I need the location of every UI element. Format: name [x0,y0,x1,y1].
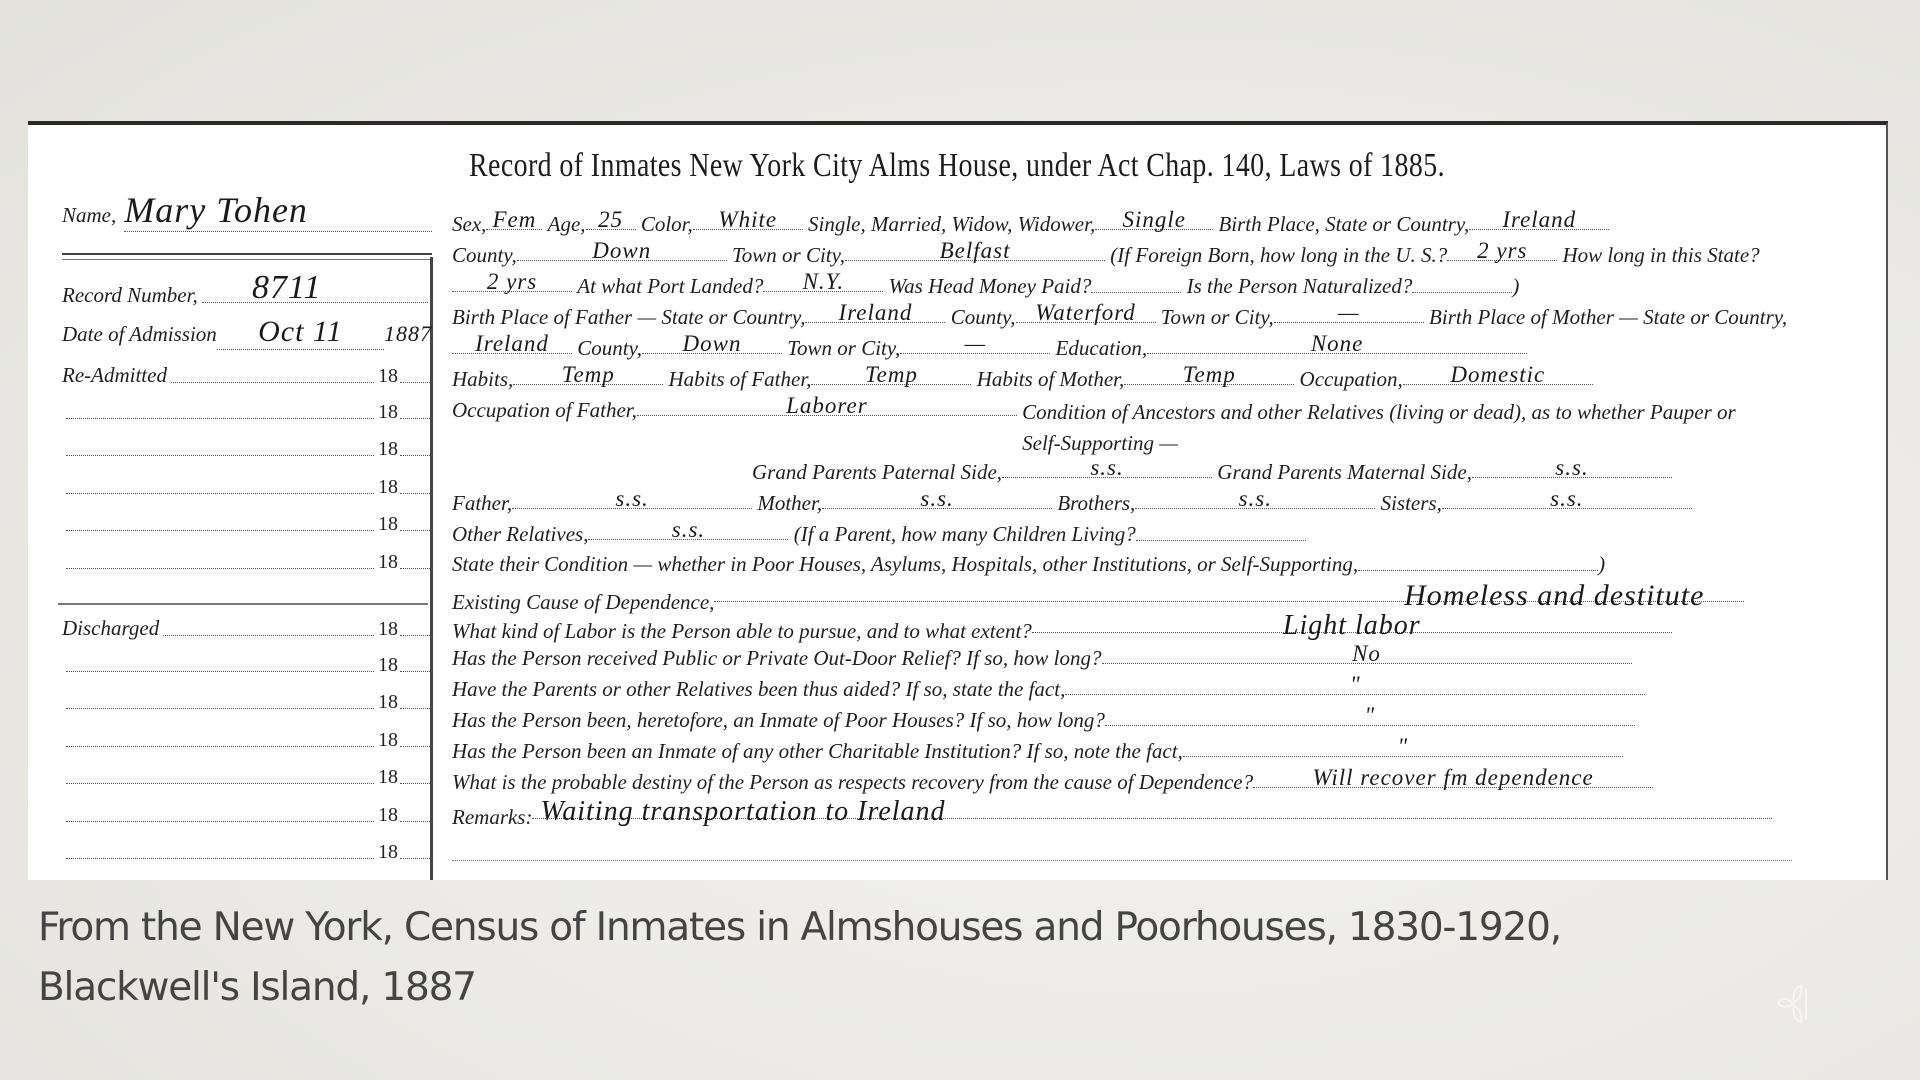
form-line-4: Birth Place of Father — State or Country… [452,304,1787,332]
year-prefix: 18 [378,766,398,789]
year-prefix: 18 [378,691,398,714]
age-value: 25 [598,207,623,233]
readmitted-label: Re-Admitted [62,363,167,388]
occupation-value: Domestic [1450,362,1545,388]
marital-value: Single [1122,207,1186,233]
name-label: Name, [62,203,116,228]
form-line-12: Existing Cause of Dependence,Homeless an… [452,583,1744,611]
form-line-18: What is the probable destiny of the Pers… [452,769,1653,797]
gp-maternal-value: s.s. [1555,455,1588,481]
mother-town-label: Town or City, [787,336,900,361]
relief-label: Has the Person received Public or Privat… [452,646,1102,671]
remarks-value: Waiting transportation to Ireland [540,796,945,828]
habits-value: Temp [562,362,615,388]
education-value: None [1311,331,1364,357]
census-record-document: Record of Inmates New York City Alms Hou… [28,121,1888,880]
color-label: Color, [641,212,693,237]
sisters-label: Sisters, [1381,491,1442,516]
mother-value: s.s. [920,486,953,512]
discharged-label: Discharged [62,616,159,641]
brothers-value: s.s. [1239,486,1272,512]
habits-mother-value: Temp [1183,362,1236,388]
color-value: White [718,207,777,233]
discharged-row: 18 [62,766,432,789]
date-admission-row: Date of Admission Oct 11 1887 [62,315,432,350]
marital-label: Single, Married, Widow, Widower, [808,212,1095,237]
gp-maternal-label: Grand Parents Maternal Side, [1217,460,1472,485]
record-number-row: Record Number, 8711 [62,283,432,308]
year-prefix: 18 [378,476,398,499]
date-admission-value: Oct 11 [217,315,384,350]
year-prefix: 18 [378,841,398,864]
mother-birth-label: Birth Place of Mother — State or Country… [1429,305,1787,330]
other-relatives-label: Other Relatives, [452,522,588,547]
leaf-logo-icon [1772,984,1814,1024]
year-prefix: 18 [378,654,398,677]
how-long-state-value: 2 yrs [487,269,537,295]
form-line-2: County,Down Town or City,Belfast (If For… [452,242,1760,270]
father-town-label: Town or City, [1161,305,1274,330]
father-value: s.s. [615,486,648,512]
cause-label: Existing Cause of Dependence, [452,590,714,615]
discharged-row: Discharged18 [62,616,432,641]
other-relatives-value: s.s. [672,517,705,543]
birthplace-value: Ireland [1502,207,1576,233]
blank-rule-1 [452,860,1792,861]
mother-town-value: — [965,331,986,357]
readmitted-row: Re-Admitted18 [62,363,432,388]
form-line-5: Ireland County,Down Town or City,— Educa… [452,335,1527,363]
town-label: Town or City, [732,243,845,268]
father-label: Father, [452,491,512,516]
name-separator [62,253,432,260]
occupation-label: Occupation, [1300,367,1403,392]
mother-birth-value: Ireland [475,331,549,357]
brothers-label: Brothers, [1057,491,1135,516]
date-admission-label: Date of Admission [62,322,217,347]
form-line-15: Have the Parents or other Relatives been… [452,676,1645,704]
section-rule [58,603,428,605]
name-row: Name, Mary Tohen [62,189,432,232]
head-money-label: Was Head Money Paid? [889,274,1092,299]
port-label: At what Port Landed? [577,274,763,299]
condition-label: Condition of Ancestors and other Relativ… [1022,397,1762,459]
year-prefix: 18 [378,401,398,424]
town-value: Belfast [940,238,1011,264]
year-prefix: 18 [378,551,398,574]
relief-value: No [1352,641,1381,667]
labor-label: What kind of Labor is the Person able to… [452,619,1032,644]
year-prefix: 18 [378,618,398,641]
mother-county-label: County, [577,336,642,361]
document-title: Record of Inmates New York City Alms Hou… [195,147,1719,185]
charitable-label: Has the Person been an Inmate of any oth… [452,739,1183,764]
charitable-value: " [1397,734,1408,760]
mother-label: Mother, [757,491,822,516]
father-county-value: Waterford [1035,300,1136,326]
record-number-value: 8711 [252,269,321,307]
form-line-13: What kind of Labor is the Person able to… [452,614,1672,642]
form-line-19: Remarks:Waiting transportation to Irelan… [452,800,1772,828]
discharged-row: 18 [62,729,432,752]
sisters-value: s.s. [1550,486,1583,512]
cause-value: Homeless and destitute [1404,579,1704,613]
labor-value: Light labor [1283,610,1421,642]
father-county-label: County, [951,305,1016,330]
destiny-value: Will recover fm dependence [1312,765,1593,791]
discharged-row: 18 [62,654,432,677]
father-birth-label: Birth Place of Father — State or Country… [452,305,805,330]
birthplace-label: Birth Place, State or Country, [1218,212,1469,237]
how-long-state-label: How long in this State? [1563,243,1760,268]
parents-aided-label: Have the Parents or other Relatives been… [452,677,1065,702]
form-line-16: Has the Person been, heretofore, an Inma… [452,707,1635,735]
form-line-1: Sex,Fem Age,25 Color,White Single, Marri… [452,211,1609,239]
foreign-born-value: 2 yrs [1477,238,1527,264]
education-label: Education, [1056,336,1148,361]
form-line-6: Habits,Temp Habits of Father,Temp Habits… [452,366,1593,394]
readmitted-row: 18 [62,551,432,574]
name-value: Mary Tohen [124,189,432,232]
occupation-father-label: Occupation of Father, [452,398,637,423]
mother-county-value: Down [683,331,742,357]
form-line-9: Father,s.s. Mother,s.s. Brothers,s.s. Si… [452,490,1692,518]
county-label: County, [452,243,517,268]
discharged-row: 18 [62,841,432,864]
date-admission-year: 1887 [384,321,432,347]
county-value: Down [592,238,651,264]
caption-line-1: From the New York, Census of Inmates in … [38,898,1738,958]
habits-father-value: Temp [865,362,918,388]
form-line-8: Grand Parents Paternal Side,s.s. Grand P… [752,459,1672,487]
naturalized-label: Is the Person Naturalized? [1187,274,1413,299]
year-prefix: 18 [378,513,398,536]
form-line-14: Has the Person received Public or Privat… [452,645,1632,673]
father-birth-value: Ireland [839,300,913,326]
habits-mother-label: Habits of Mother, [977,367,1125,392]
form-line-10: Other Relatives,s.s. (If a Parent, how m… [452,521,1306,549]
form-line-3: 2 yrs At what Port Landed?N.Y. Was Head … [452,273,1519,301]
readmitted-row: 18 [62,476,432,499]
sex-label: Sex, [452,212,486,237]
children-condition-label: State their Condition — whether in Poor … [452,552,1358,577]
year-prefix: 18 [378,804,398,827]
poor-house-value: " [1365,703,1376,729]
habits-label: Habits, [452,367,513,392]
habits-father-label: Habits of Father, [669,367,812,392]
year-prefix: 18 [378,438,398,461]
foreign-born-label: (If Foreign Born, how long in the U. S.? [1110,243,1447,268]
poor-house-label: Has the Person been, heretofore, an Inma… [452,708,1105,733]
form-line-7: Occupation of Father,Laborer Condition o… [452,397,1762,425]
father-town-value: — [1338,300,1359,326]
readmitted-row: 18 [62,438,432,461]
readmitted-row: 18 [62,401,432,424]
year-prefix: 18 [378,365,398,388]
age-label: Age, [548,212,586,237]
children-label: (If a Parent, how many Children Living? [794,522,1136,547]
sex-value: Fem [492,207,536,233]
caption-line-2: Blackwell's Island, 1887 [38,958,1738,1018]
form-line-17: Has the Person been an Inmate of any oth… [452,738,1623,766]
gp-paternal-value: s.s. [1090,455,1123,481]
remarks-label: Remarks: [452,805,532,830]
record-number-label: Record Number, [62,283,198,308]
discharged-row: 18 [62,804,432,827]
source-caption: From the New York, Census of Inmates in … [38,898,1738,1018]
destiny-label: What is the probable destiny of the Pers… [452,770,1253,795]
port-value: N.Y. [803,269,845,295]
form-line-11: State their Condition — whether in Poor … [452,552,1605,580]
occupation-father-value: Laborer [786,393,868,419]
gp-paternal-label: Grand Parents Paternal Side, [752,460,1002,485]
readmitted-row: 18 [62,513,432,536]
discharged-row: 18 [62,691,432,714]
year-prefix: 18 [378,729,398,752]
parents-aided-value: " [1350,672,1361,698]
